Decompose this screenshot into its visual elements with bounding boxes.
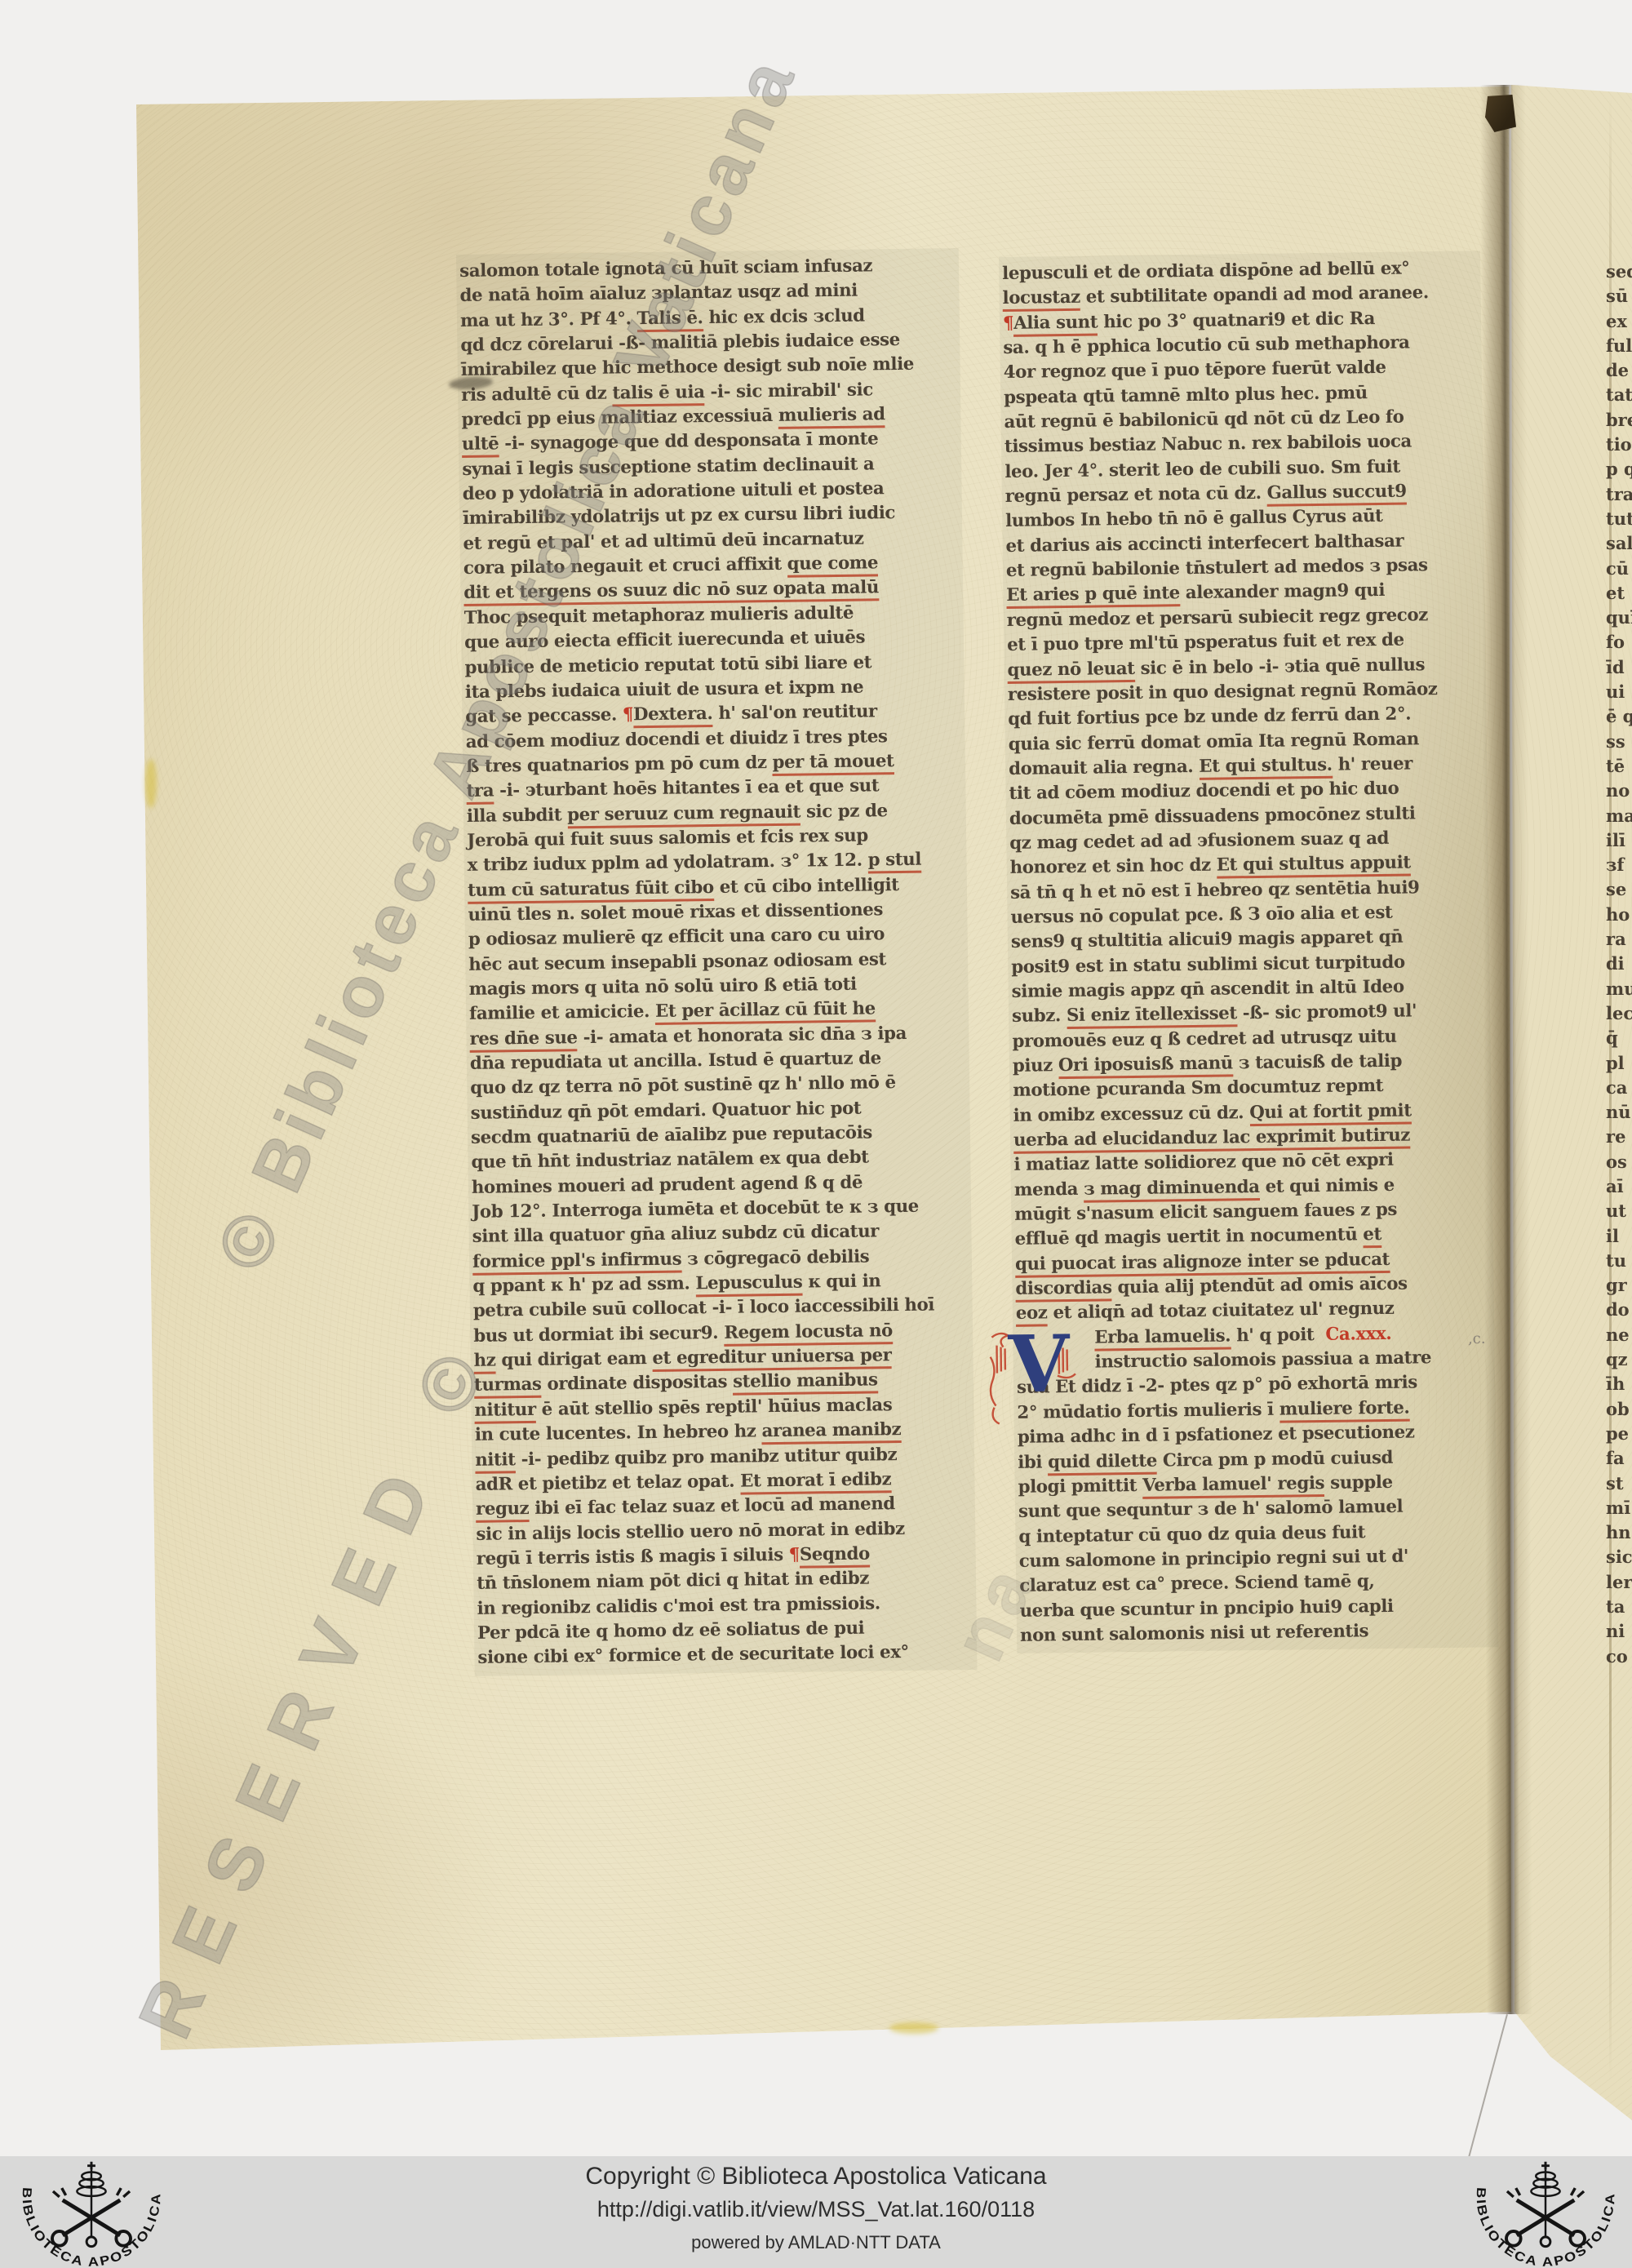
page-edge-stain xyxy=(889,2022,938,2034)
facing-page-line-fragment: īh xyxy=(1606,1372,1632,1396)
facing-page-line-fragment: il xyxy=(1606,1224,1632,1249)
facing-page-line-fragment: hn xyxy=(1606,1520,1632,1545)
facing-page-line-fragment: do xyxy=(1606,1298,1632,1322)
facing-page-line-fragment: зf xyxy=(1606,853,1632,877)
facing-page-line-fragment: tut xyxy=(1606,507,1632,531)
facing-page-line-fragment: st xyxy=(1606,1471,1632,1496)
facing-page-line-fragment: ē q xyxy=(1606,704,1632,729)
facing-page-line-fragment: pe xyxy=(1606,1422,1632,1446)
facing-page-line-fragment: qz xyxy=(1606,1347,1632,1372)
facing-page-line-fragment: ilī xyxy=(1606,828,1632,853)
facing-page-line-fragment: aī xyxy=(1606,1174,1632,1199)
manuscript-line: non sunt salomonis nisi ut referentis xyxy=(1020,1618,1495,1649)
manuscript-column-right: lepusculi et de ordiata dispōne ad bellū… xyxy=(1002,255,1495,1649)
facing-page-line-fragment: ca xyxy=(1606,1076,1632,1100)
footer-powered-by: powered by AMLAD·NTT DATA xyxy=(0,2232,1632,2253)
facing-page-line-fragment: sū xyxy=(1606,284,1632,308)
manuscript-column-left: salomon totale ignota cū huīt sciam infu… xyxy=(459,253,973,1671)
facing-page-line-fragment: ra xyxy=(1606,927,1632,952)
facing-page-line-fragment: tu xyxy=(1606,1249,1632,1273)
footer-copyright: Copyright © Biblioteca Apostolica Vatica… xyxy=(0,2163,1632,2190)
facing-page-line-fragment: sal xyxy=(1606,531,1632,556)
facing-page-line-fragment: ui xyxy=(1606,680,1632,704)
facing-page-line-fragment: quī xyxy=(1606,606,1632,630)
vatican-library-seal-right: BIBLIOTECA APOSTOLICA VATICANA xyxy=(1466,2158,1625,2266)
facing-page-line-fragment: gr xyxy=(1606,1273,1632,1298)
facing-page-line-fragment: co xyxy=(1606,1644,1632,1669)
page-bottom-crease xyxy=(1468,2014,1508,2156)
facing-page-line-fragment: cū xyxy=(1606,557,1632,581)
facing-page-line-fragment: di xyxy=(1606,952,1632,976)
facing-page-line-fragment: mī xyxy=(1606,1496,1632,1520)
page-edge-stain xyxy=(145,759,157,808)
facing-page-line-fragment: ob xyxy=(1606,1397,1632,1422)
svg-text:BIBLIOTECA APOSTOLICA VATICANA: BIBLIOTECA APOSTOLICA VATICANA xyxy=(11,2158,163,2266)
facing-page-line-fragment: os xyxy=(1606,1150,1632,1174)
facing-page-line-fragment: fo xyxy=(1606,630,1632,655)
facing-page-line-fragment: ta xyxy=(1606,1595,1632,1619)
facing-page-line-fragment: ne xyxy=(1606,1323,1632,1347)
facing-page-line-fragment: sic xyxy=(1606,1545,1632,1569)
facing-page-line-fragment: pl xyxy=(1606,1051,1632,1076)
facing-page-line-fragment: ni xyxy=(1606,1619,1632,1644)
facing-page-line-fragment: no xyxy=(1606,779,1632,803)
facing-page-line-fragment: lec xyxy=(1606,1001,1632,1026)
facing-page-line-fragment: q̄ xyxy=(1606,1026,1632,1050)
svg-text:BIBLIOTECA APOSTOLICA VATICANA: BIBLIOTECA APOSTOLICA VATICANA xyxy=(1466,2158,1617,2266)
facing-page-line-fragment: ho xyxy=(1606,903,1632,927)
facing-page-line-fragment: ex xyxy=(1606,309,1632,334)
footer-url: http://digi.vatlib.it/view/MSS_Vat.lat.1… xyxy=(0,2197,1632,2222)
facing-page-line-fragment: tē xyxy=(1606,754,1632,779)
vatican-library-seal-left: BIBLIOTECA APOSTOLICA VATICANA xyxy=(11,2158,171,2266)
facing-page-line-fragment: ful xyxy=(1606,334,1632,358)
facing-page-line-fragment: ler xyxy=(1606,1570,1632,1595)
seal-arc-text: BIBLIOTECA APOSTOLICA VATICANA xyxy=(1466,2158,1617,2266)
facing-page-line-fragment: ss xyxy=(1606,730,1632,754)
facing-page-line-fragment: re xyxy=(1606,1125,1632,1149)
facing-page-line-fragment: īd xyxy=(1606,655,1632,680)
facing-page-line-fragment: mu xyxy=(1606,977,1632,1001)
margin-note: ,c. xyxy=(1468,1330,1486,1347)
facing-page-line-fragment: de xyxy=(1606,358,1632,383)
initial-letter-v: V xyxy=(1008,1323,1070,1405)
facing-page-text-sliver: sedsūexfuldetatbretiop qtratutsalcūetquī… xyxy=(1606,260,1632,1669)
copyright-footer-bar: Copyright © Biblioteca Apostolica Vatica… xyxy=(0,2156,1632,2268)
facing-page-line-fragment: bre xyxy=(1606,408,1632,433)
facing-page-line-fragment: tra xyxy=(1606,482,1632,507)
scanned-photo: salomon totale ignota cū huīt sciam infu… xyxy=(0,0,1632,2156)
facing-page-line-fragment: ma xyxy=(1606,804,1632,828)
facing-page-line-fragment: sed xyxy=(1606,260,1632,284)
seal-arc-text: BIBLIOTECA APOSTOLICA VATICANA xyxy=(11,2158,163,2266)
facing-page-line-fragment: et xyxy=(1606,581,1632,606)
facing-page-line-fragment: se xyxy=(1606,877,1632,902)
facing-page-line-fragment: nū xyxy=(1606,1100,1632,1125)
facing-page-line-fragment: fa xyxy=(1606,1446,1632,1471)
facing-page-line-fragment: ut xyxy=(1606,1199,1632,1223)
facing-page-line-fragment: tat xyxy=(1606,383,1632,407)
facing-page-line-fragment: p q xyxy=(1606,457,1632,482)
facing-page-line-fragment: tio xyxy=(1606,433,1632,457)
illuminated-initial: V xyxy=(987,1328,1080,1425)
